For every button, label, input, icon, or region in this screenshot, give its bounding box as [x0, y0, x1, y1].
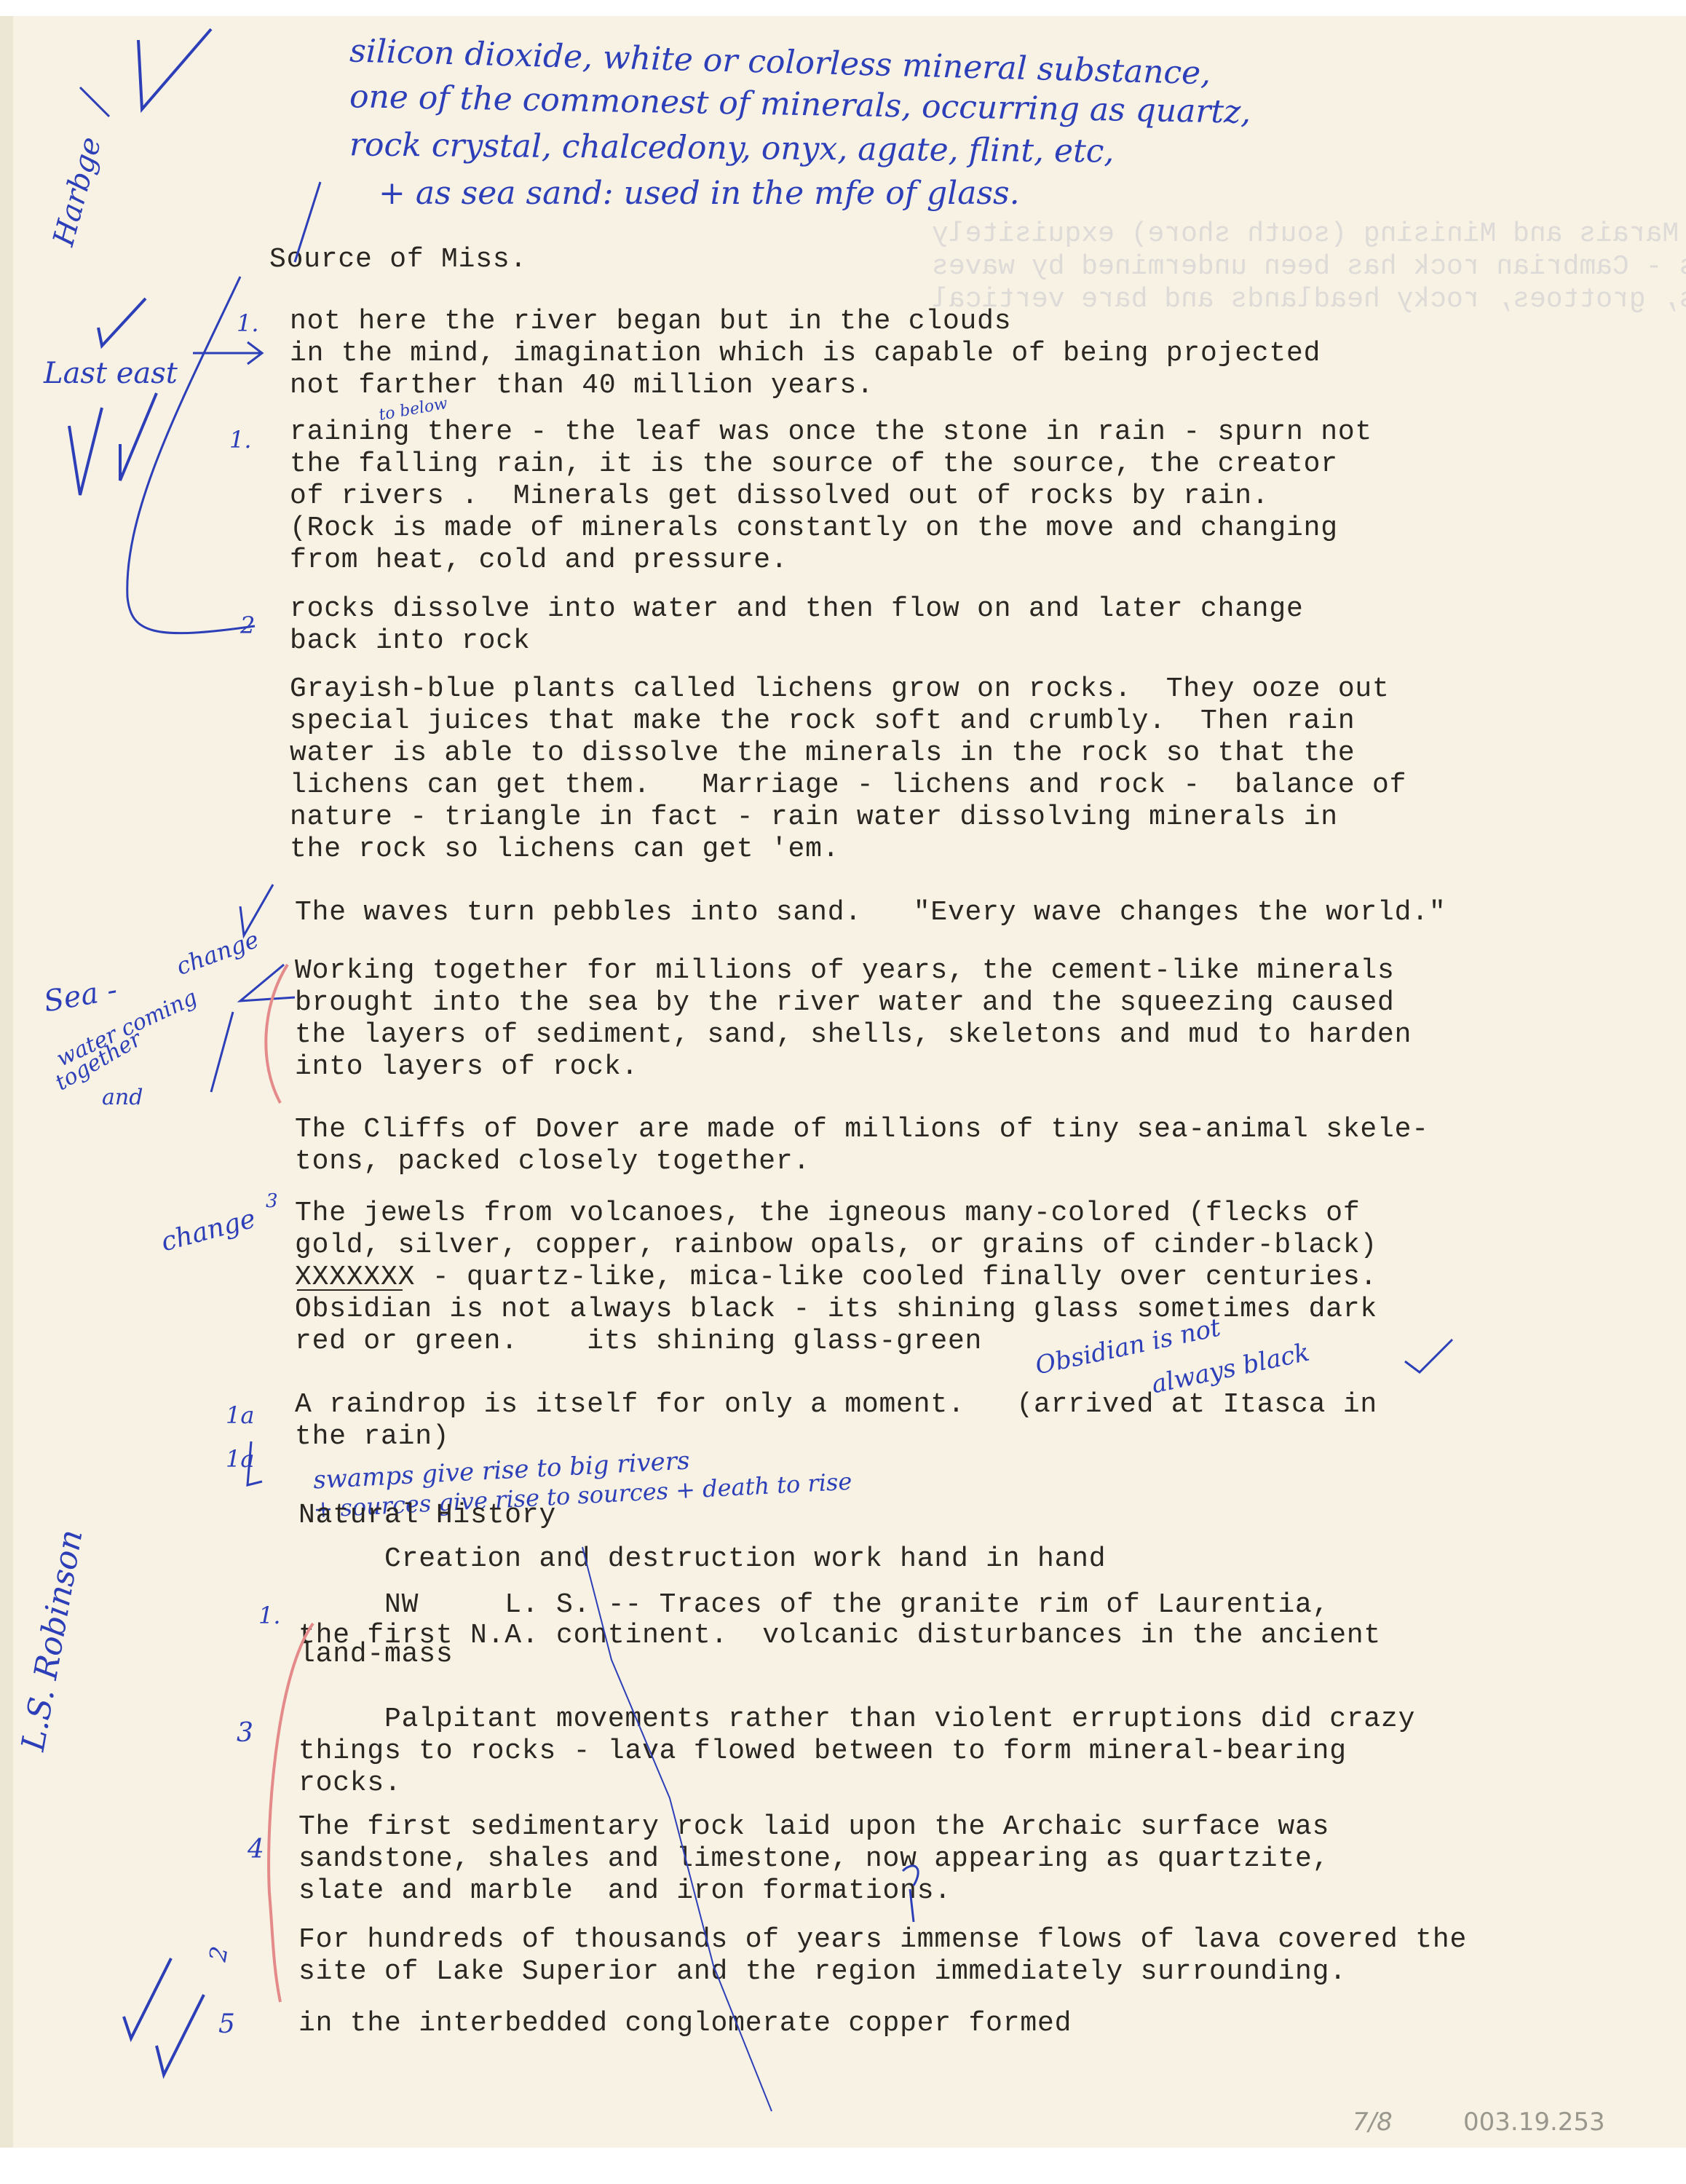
typed-line: in the interbedded conglomerate copper f… — [298, 2008, 1072, 2040]
typed-line: nature - triangle in fact - rain water d… — [290, 802, 1338, 834]
typed-line: sandstone, shales and limestone, now app… — [298, 1843, 1329, 1875]
section-heading: Natural History — [298, 1500, 556, 1532]
margin-note: Last east — [44, 357, 178, 390]
margin-number: 4 — [248, 1835, 264, 1864]
show-through-text: colored rocks - Cambrian rock has been u… — [932, 251, 1686, 282]
show-through-text: Between Grand Marais and Minising (south… — [932, 218, 1686, 250]
typed-line: in the mind, imagination which is capabl… — [290, 338, 1321, 370]
typed-line: the first N.A. continent. volcanic distu… — [298, 1620, 1381, 1652]
typed-line: lichens can get them. Marriage - lichens… — [290, 769, 1406, 802]
margin-number: 1. — [258, 1602, 281, 1629]
heading: Source of Miss. — [269, 244, 527, 276]
margin-number: 1. — [237, 309, 259, 337]
margin-number: 3 — [266, 1190, 278, 1212]
typed-line: site of Lake Superior and the region imm… — [298, 1956, 1347, 1988]
margin-number: 5 — [218, 2009, 235, 2039]
typed-line: raining there - the leaf was once the st… — [290, 416, 1372, 448]
typed-line: from heat, cold and pressure. — [290, 545, 788, 577]
typed-line: the layers of sediment, sand, shells, sk… — [295, 1019, 1412, 1051]
margin-number: 1a — [226, 1445, 254, 1473]
typed-line: Palpitant movements rather than violent … — [298, 1704, 1415, 1736]
typed-line: the rain) — [295, 1421, 449, 1453]
typed-line: tons, packed closely together. — [295, 1146, 810, 1178]
typed-line: rocks. — [298, 1768, 402, 1800]
typed-line: not here the river began but in the clou… — [290, 306, 1011, 338]
typed-line: gold, silver, copper, rainbow opals, or … — [295, 1230, 1377, 1262]
margin-number: 3 — [237, 1718, 253, 1748]
typed-line: not farther than 40 million years. — [290, 370, 874, 402]
typed-line: NW L. S. -- Traces of the granite rim of… — [298, 1589, 1329, 1621]
typed-line: water is able to dissolve the minerals i… — [290, 737, 1355, 769]
page-mark: 7/8 — [1353, 2108, 1393, 2137]
typed-line: things to rocks - lava flowed between to… — [298, 1736, 1347, 1768]
typed-line: the rock so lichens can get 'em. — [290, 834, 839, 866]
handwritten-note-line: rock crystal, chalcedony, onyx, agate, f… — [349, 126, 1115, 170]
typed-line: back into rock — [290, 625, 530, 657]
typed-line: of rivers . Minerals get dissolved out o… — [290, 480, 1269, 513]
archive-id: 003.19.253 — [1463, 2108, 1605, 2137]
typed-line: (Rock is made of minerals constantly on … — [290, 513, 1338, 545]
typed-line: Working together for millions of years, … — [295, 955, 1395, 987]
show-through-text: leaving columns, grottoes, rocky headlan… — [932, 284, 1686, 315]
typed-line: For hundreds of thousands of years immen… — [298, 1924, 1467, 1956]
margin-note: and — [102, 1085, 143, 1110]
typed-line: The first sedimentary rock laid upon the… — [298, 1811, 1329, 1843]
typed-line: red or green. its shining glass-green — [295, 1326, 982, 1358]
typed-line: A raindrop is itself for only a moment. … — [295, 1389, 1377, 1421]
handwritten-note-line: + as sea sand: used in the mfe of glass. — [379, 175, 1020, 212]
typed-line: the falling rain, it is the source of th… — [290, 448, 1338, 480]
margin-number: 2 — [240, 612, 255, 639]
typed-line: The Cliffs of Dover are made of millions… — [295, 1114, 1429, 1146]
typed-line: Creation and destruction work hand in ha… — [298, 1543, 1106, 1575]
typed-line: The jewels from volcanoes, the igneous m… — [295, 1198, 1360, 1230]
paper-left-edge — [0, 16, 13, 2148]
margin-number: 1a — [226, 1401, 254, 1429]
typed-line: land-mass — [298, 1639, 453, 1671]
typed-line: special juices that make the rock soft a… — [290, 705, 1355, 737]
scan-border-bottom — [0, 2148, 1686, 2184]
typed-line: rocks dissolve into water and then flow … — [290, 593, 1304, 625]
typed-line: brought into the sea by the river water … — [295, 987, 1395, 1019]
typed-line: The waves turn pebbles into sand. "Every… — [295, 897, 1446, 929]
typed-line: Obsidian is not always black - its shini… — [295, 1294, 1377, 1326]
typed-line: XXXXXXX - quartz-like, mica-like cooled … — [295, 1262, 1377, 1294]
typed-line: Grayish-blue plants called lichens grow … — [290, 673, 1390, 705]
typed-line: slate and marble and iron formations. — [298, 1875, 951, 1907]
typed-line: into layers of rock. — [295, 1051, 638, 1083]
scan-border-top — [0, 0, 1686, 16]
margin-number: 1. — [229, 426, 252, 454]
